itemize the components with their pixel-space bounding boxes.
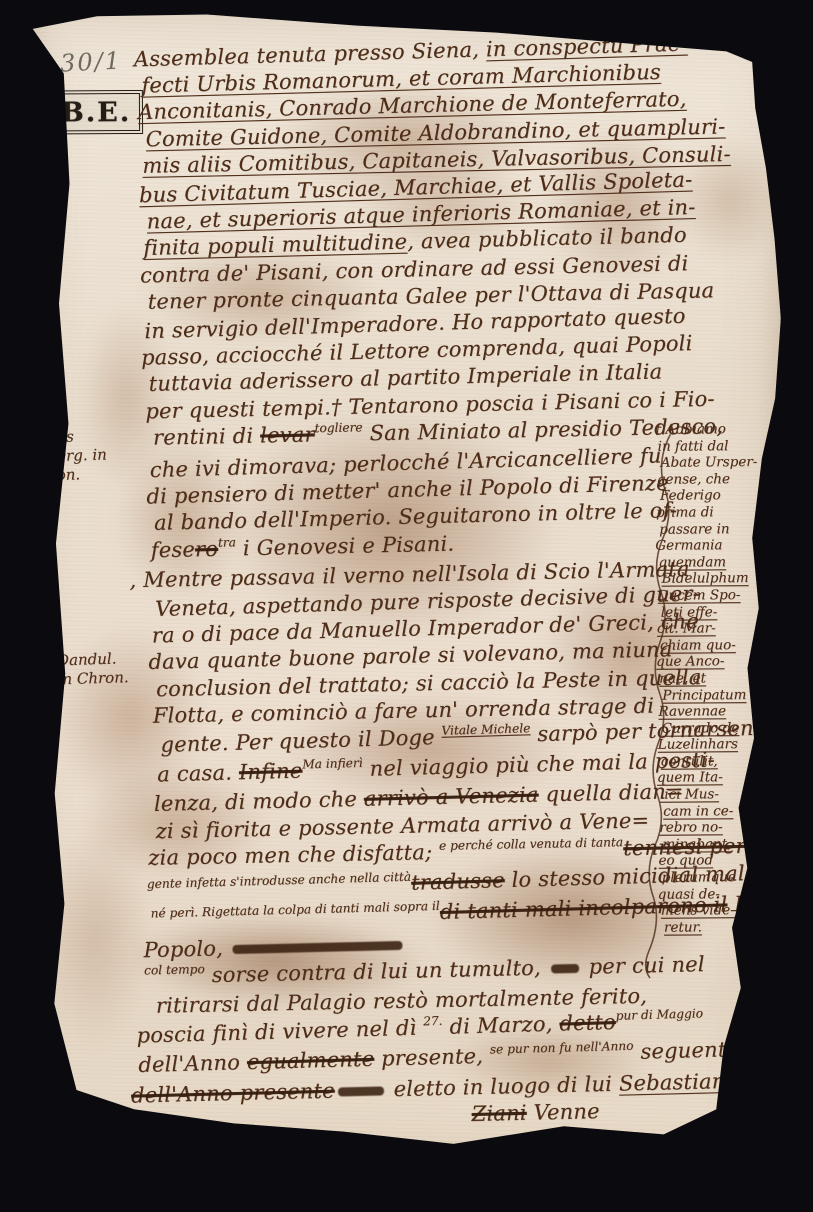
text-segment: Vitale Michele xyxy=(441,715,531,745)
margin-note-line: Principatum xyxy=(662,686,771,703)
margin-note-line: lici Mus- xyxy=(660,786,772,803)
text-segment: tra xyxy=(218,529,237,557)
text-segment: arrivò a Venezia xyxy=(364,783,539,811)
text-segment: a casa. xyxy=(157,761,239,787)
text-segment: levar xyxy=(260,422,315,447)
text-segment: tradusse xyxy=(411,868,505,895)
margin-citation-abbas-urspergensis: Abbas Urperg. in Chron. xyxy=(27,426,108,485)
text-segment: finita populi multitudine xyxy=(143,230,407,260)
margin-note-line: retur. xyxy=(664,919,773,936)
margin-citation-dandolo: Dandul. in Chron. xyxy=(57,649,129,689)
margin-note-line: quasi de- xyxy=(658,886,773,903)
text-segment: Ma infierì xyxy=(302,750,363,779)
margin-note-line: plerumque xyxy=(662,869,773,886)
margin-note-line: mens vide- xyxy=(661,902,773,919)
margin-note-line: Bidelulphum xyxy=(662,570,771,587)
margin-note-line: prima di xyxy=(656,504,770,521)
text-segment: Venne xyxy=(526,1099,600,1125)
text-segment: in conspectu Prae- xyxy=(486,32,688,62)
text-segment: rentini di xyxy=(153,423,261,449)
margin-note-line: cit. Mar- xyxy=(657,620,771,637)
margin-note-line: quemdam xyxy=(658,554,770,571)
text-segment: né perì. Rigettata la colpa di tanti mal… xyxy=(150,893,440,928)
ink-blot-strike xyxy=(551,964,579,974)
margin-note-line: chiam quo- xyxy=(660,637,771,654)
library-stamp: B.E. xyxy=(49,90,143,134)
margin-note-line: Ducem Spo- xyxy=(658,587,771,604)
text-segment: fese xyxy=(150,537,195,562)
margin-note-line: Currado de xyxy=(662,720,772,737)
text-segment: eletto in luogo di lui xyxy=(386,1071,619,1101)
margin-note-line: contulit, xyxy=(661,753,772,770)
text-segment: Sebastiano Ziani. xyxy=(619,1067,808,1096)
margin-note-line: Federigo xyxy=(660,487,770,504)
margin-note-line: rebro no- xyxy=(659,819,772,836)
margin-note-line: minabant, xyxy=(662,836,772,853)
margin-note-line: † Abbiamo xyxy=(654,421,769,438)
text-segment: col tempo xyxy=(144,956,205,985)
text-segment: e perché colla venuta di tanta xyxy=(439,829,624,860)
margin-note-line: cam in ce- xyxy=(663,803,772,820)
text-segment: lenza, di modo che xyxy=(154,787,364,816)
text-segment: detto xyxy=(559,1010,616,1036)
margin-note-line: leti effe- xyxy=(661,603,771,620)
margin-note-line: que Anco- xyxy=(656,653,771,670)
manuscript-page: 30/1 B.E. Abbas Urperg. in Chron. Dandul… xyxy=(3,3,791,1181)
text-segment: i Genovesi e Pisani. xyxy=(236,531,455,560)
text-segment: se pur non fu nell'Anno xyxy=(489,1033,633,1064)
text-segment: , avea pubblicato il bando xyxy=(407,223,687,254)
text-segment: egualmente xyxy=(247,1047,375,1074)
margin-note-line: Ravennae xyxy=(658,703,771,720)
margin-note-line: eo quod xyxy=(658,852,772,869)
ink-blot-strike xyxy=(233,940,403,953)
text-segment: 27. xyxy=(423,1008,443,1036)
text-segment: Infine xyxy=(239,759,303,785)
sheet-number: 1 xyxy=(28,1073,44,1099)
text-segment: per cui xyxy=(794,858,813,884)
margin-note-line: gense, che xyxy=(657,471,770,488)
margin-note-line: Luzelinhars xyxy=(658,736,772,753)
manuscript-line: Ziani Venne xyxy=(471,1095,731,1128)
text-segment: Ziani xyxy=(471,1100,527,1125)
margin-note-line: quem Ita- xyxy=(657,769,772,786)
ink-stain xyxy=(35,823,155,1050)
text-segment: seguente. Restò xyxy=(633,1035,813,1064)
text-segment: presente, xyxy=(374,1044,490,1071)
margin-note-line: Abate Ursper- xyxy=(661,454,770,471)
text-segment: pur di Maggio xyxy=(615,1000,703,1030)
text-segment: ro xyxy=(195,537,219,562)
margin-note-line: nae, et xyxy=(659,670,771,687)
text-segment: per cui nel xyxy=(581,952,705,979)
text-segment: dell'Anno presente xyxy=(131,1078,335,1107)
margin-note-line: in fatti dal xyxy=(658,438,770,455)
page-reference: 30/1 xyxy=(59,47,122,78)
right-margin-note: † Abbiamoin fatti dalAbate Ursper-gense,… xyxy=(657,421,773,936)
body-lines: Assemblea tenuta presso Siena, in conspe… xyxy=(138,31,730,1135)
text-segment: dell'Anno xyxy=(138,1050,247,1077)
margin-note-line: passare in xyxy=(659,520,770,537)
margin-note-line: Germania xyxy=(655,537,770,554)
text-segment: togliere xyxy=(314,414,363,442)
text-segment: poscia finì di vivere nel dì xyxy=(136,1016,423,1048)
photo-backdrop: { "colors":{ "backdrop":"#0b0a0e", "pape… xyxy=(0,0,813,1212)
ink-blot-strike xyxy=(338,1086,384,1096)
